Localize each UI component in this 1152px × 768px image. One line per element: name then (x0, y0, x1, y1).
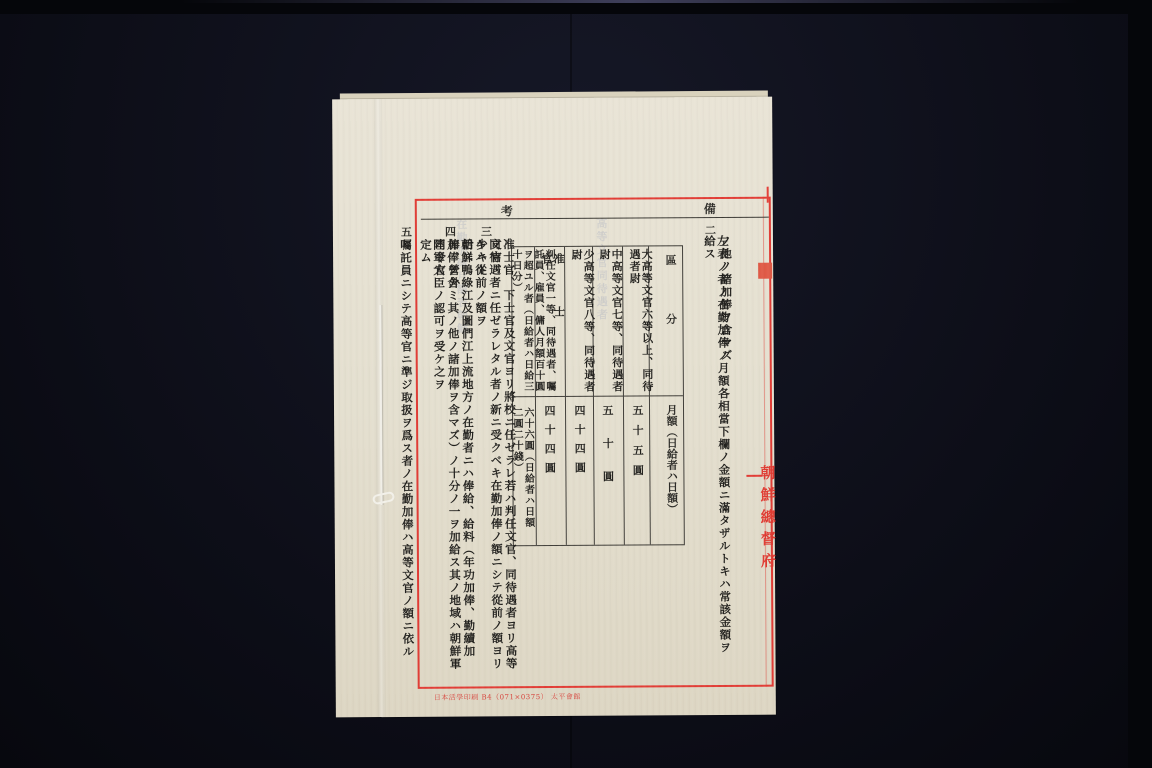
note-number-5: 五 (401, 224, 412, 240)
table-row-category: 少高等文官八等、同待遇者尉 (570, 249, 595, 394)
top-glare (180, 0, 1080, 3)
printer-footer: 日本活學印刷 B4（071×0375） 太平會館 (434, 692, 581, 703)
note-number-4: 四 (445, 224, 456, 240)
note-4-line-3: 陸軍大臣ノ認可ヲ受ケ之ヲ定ム (419, 239, 446, 399)
table-header-amount: 月額（日給者ハ日額） (663, 404, 680, 544)
table-row-amount: 四十四圓 (573, 405, 586, 515)
publisher-margin-text: 朝鮮總督府 (758, 465, 779, 575)
allowance-table: 區分 月額（日給者ハ日額） 大高等文官六等以上、同待遇者尉 五十五圓 中高等文官… (511, 245, 685, 546)
note-2-line-2: 左表ノ者ノ在勤加俸ノ月額各相當下欄ノ金額ニ滿タザルトキハ常該金額ヲ給ス (703, 235, 732, 655)
table-divider (513, 395, 683, 397)
red-tab-marker (758, 263, 772, 279)
binding-knot (372, 491, 396, 505)
note-number-3: 三 (481, 223, 492, 239)
table-header-category: 區分 (662, 254, 679, 394)
table-row-amount: 五十圓 (601, 405, 614, 535)
heading-biko: 備 (704, 200, 716, 217)
table-row-amount: 四十四圓 (543, 405, 556, 515)
red-tick-mark (767, 187, 769, 203)
document-page: 在勤加俸月額表朝鮮 高等文官同待遇者 朝鮮總督府 備 考 二 ノ他ノ諸加俸ヲ含マ… (332, 97, 776, 718)
table-row-amount: 五十五圓 (631, 404, 644, 514)
right-edge-shadow (1128, 14, 1152, 768)
note-5-line-1: 囑託員ニシテ高等官ニ準ジ取扱ヲ爲ス者ノ在勤加俸ハ高等文官ノ額ニ依ル (399, 239, 415, 659)
table-row-category: 中高等文官七等、同待遇者尉 (598, 249, 623, 394)
heading-ko: 考 (501, 202, 513, 219)
table-row-category: 大高等文官六等以上、同待遇者尉 (628, 248, 653, 393)
